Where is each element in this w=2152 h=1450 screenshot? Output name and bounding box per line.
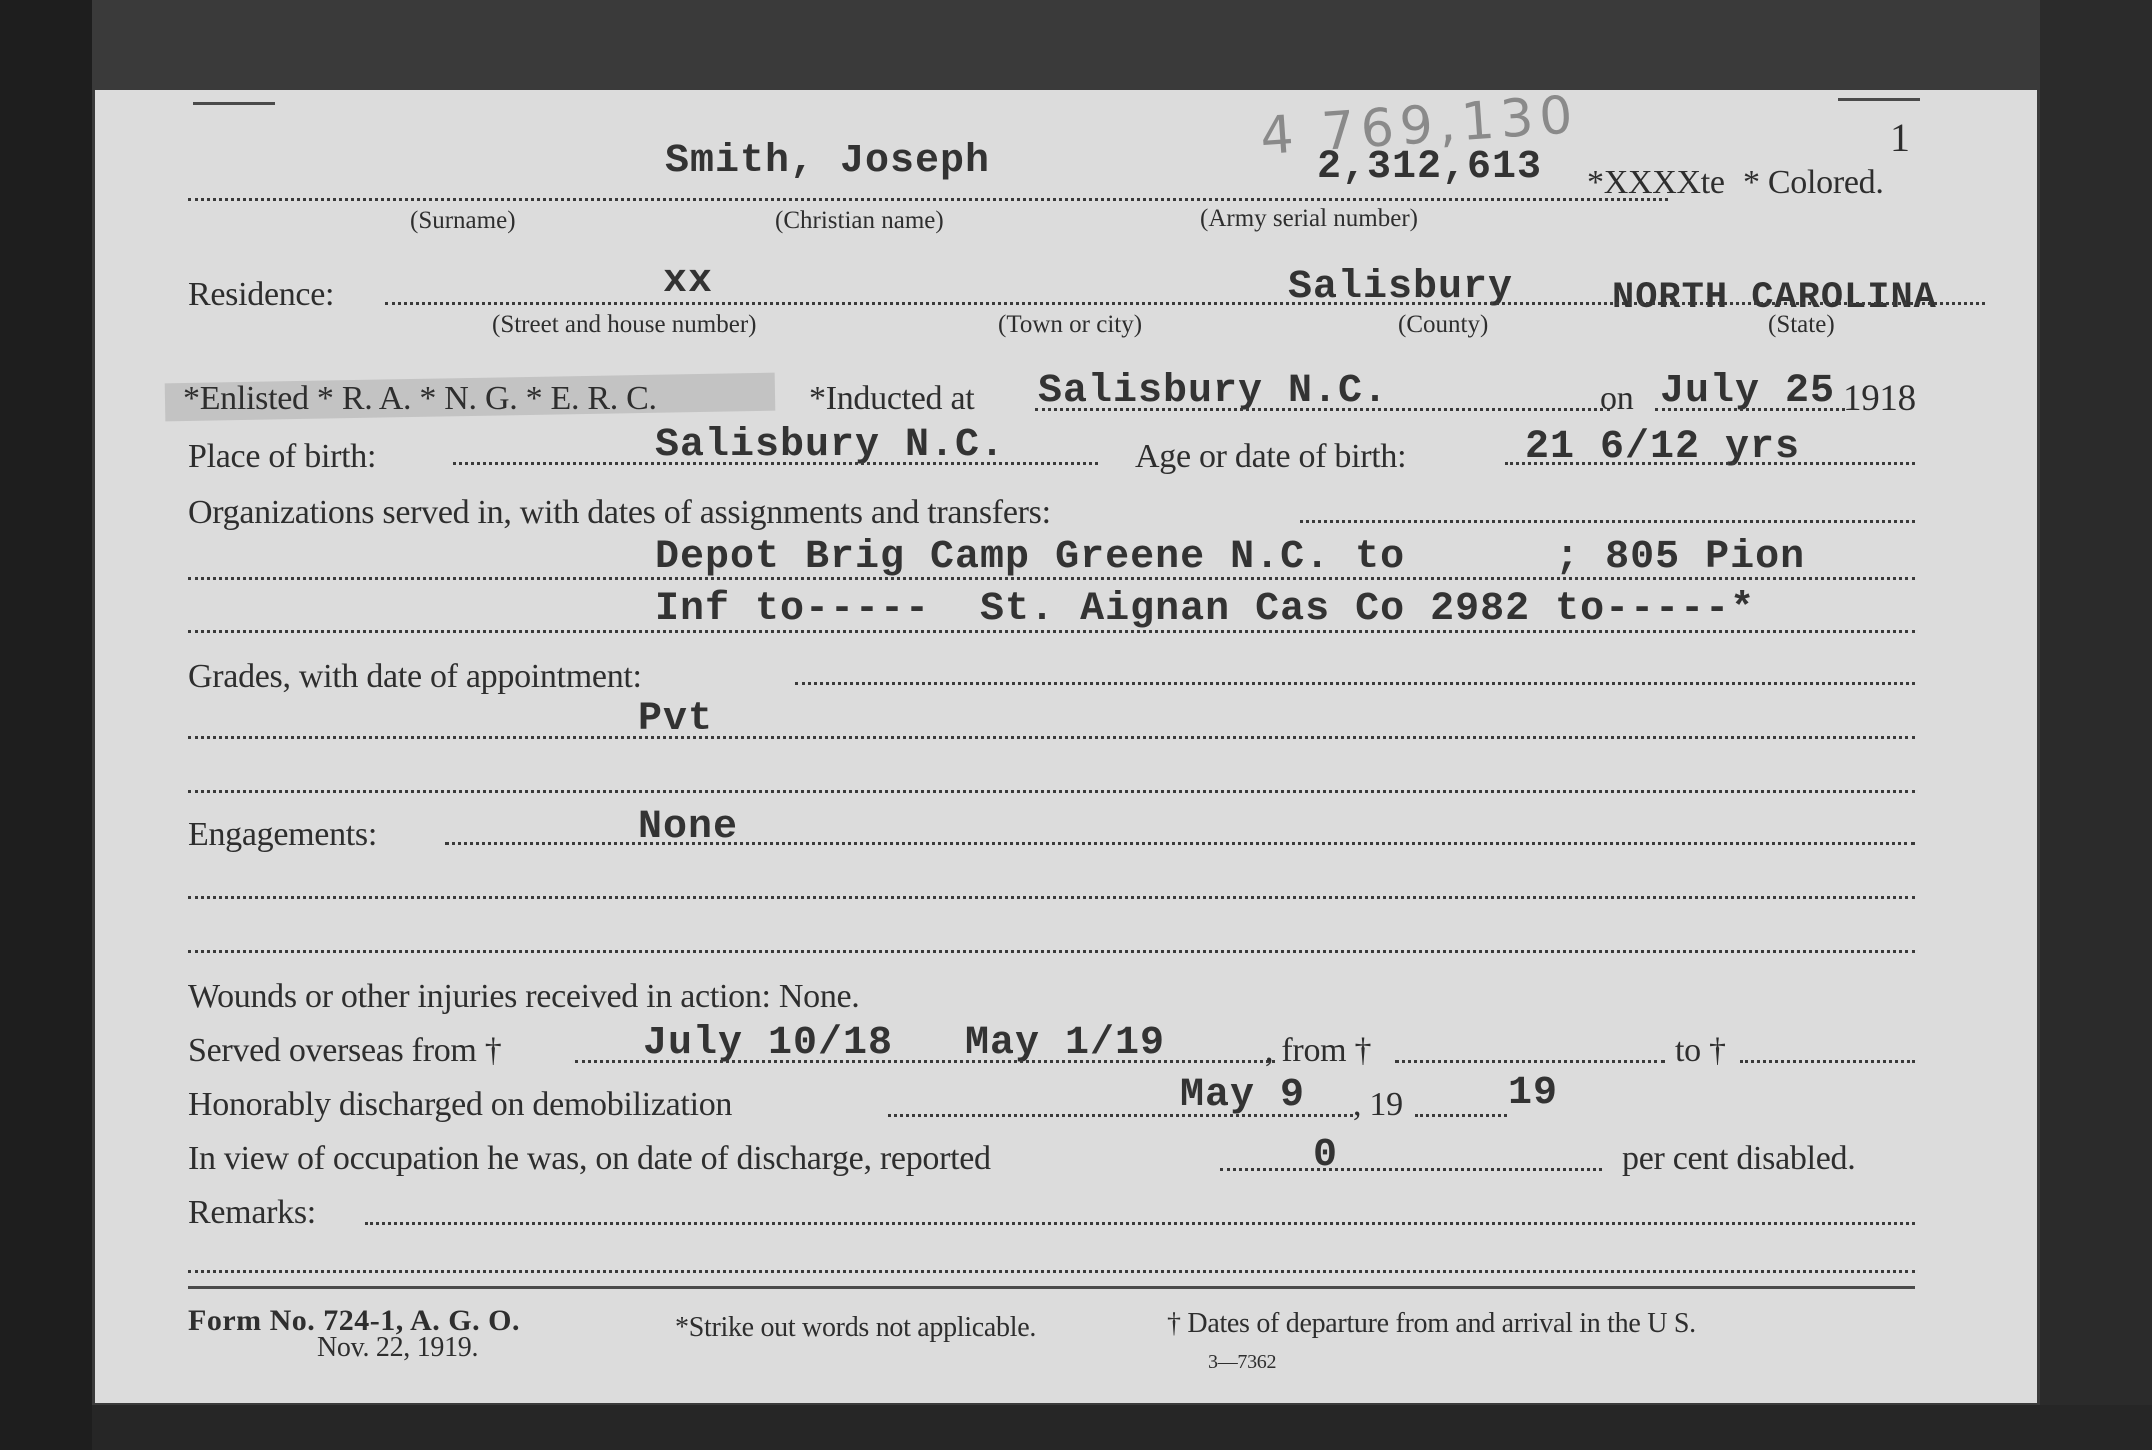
grades-label-line: [795, 682, 1915, 685]
street-caption: (Street and house number): [492, 312, 757, 337]
organization-line-2: [188, 630, 1915, 633]
scanner-background-right: [2040, 0, 2152, 1450]
discharge-year-prefix: , 19: [1353, 1088, 1403, 1122]
induction-date-value: July 25: [1660, 372, 1835, 412]
inducted-at-value: Salisbury N.C.: [1038, 372, 1388, 412]
remarks-line-2: [188, 1270, 1915, 1273]
organization-line-1: [188, 577, 1915, 580]
form-date: Nov. 22, 1919.: [317, 1334, 478, 1362]
card-number: 1: [1890, 118, 1910, 158]
overseas-to2-label: to †: [1675, 1034, 1726, 1068]
name-value: Smith, Joseph: [665, 142, 990, 182]
race-white-struck: *XXXXte: [1587, 166, 1725, 200]
discharge-date-value: May 9: [1180, 1076, 1305, 1116]
enlistment-options-label: *Enlisted * R. A. * N. G. * E. R. C.: [183, 382, 657, 416]
disability-suffix: per cent disabled.: [1622, 1142, 1855, 1176]
served-overseas-label: Served overseas from †: [188, 1034, 501, 1068]
remarks-label: Remarks:: [188, 1196, 316, 1230]
strike-note: *Strike out words not applicable.: [675, 1314, 1036, 1342]
grades-label: Grades, with date of appointment:: [188, 660, 642, 694]
place-of-birth-value: Salisbury N.C.: [655, 426, 1005, 466]
age-label: Age or date of birth:: [1135, 440, 1406, 474]
christian-name-caption: (Christian name): [775, 208, 944, 233]
disability-label: In view of occupation he was, on date of…: [188, 1142, 991, 1176]
engagements-label: Engagements:: [188, 818, 377, 852]
serial-number-value: 2,312,613: [1317, 148, 1542, 188]
induction-date-line: [1655, 408, 1845, 411]
county-caption: (County): [1398, 312, 1488, 337]
wounds-label: Wounds or other injuries received in act…: [188, 980, 860, 1014]
print-code: 3—7362: [1208, 1352, 1276, 1372]
service-record-card: 1 4 769,130 Smith, Joseph 2,312,613 *XXX…: [95, 90, 2037, 1403]
discharge-year-line: [1415, 1114, 1507, 1117]
surname-caption: (Surname): [410, 208, 516, 233]
age-line: [1505, 462, 1915, 465]
grade-value: Pvt: [638, 700, 713, 740]
name-line: [188, 198, 1668, 201]
organization-line-1-value: Depot Brig Camp Greene N.C. to ; 805 Pio…: [655, 538, 1805, 578]
induction-year-suffix: 1918: [1843, 380, 1916, 417]
disability-value: 0: [1313, 1136, 1338, 1176]
overseas-to-value: May 1/19: [965, 1024, 1165, 1064]
dates-note: † Dates of departure from and arrival in…: [1167, 1310, 1696, 1338]
place-of-birth-label: Place of birth:: [188, 440, 376, 474]
scanner-background-left: [0, 0, 92, 1450]
serial-caption: (Army serial number): [1200, 206, 1418, 231]
inducted-line: [1035, 408, 1610, 411]
overseas-from-value: July 10/18: [643, 1024, 893, 1064]
discharge-label: Honorably discharged on demobilization: [188, 1088, 732, 1122]
organizations-label: Organizations served in, with dates of a…: [188, 496, 1051, 530]
grades-line-2: [188, 790, 1915, 793]
top-right-rule: [1838, 98, 1920, 101]
overseas-to2-line: [1740, 1060, 1915, 1063]
residence-line: [385, 302, 1985, 305]
footer-rule: [188, 1286, 1915, 1289]
organizations-label-line: [1300, 520, 1915, 523]
engagements-line: [445, 842, 1915, 845]
discharge-year-value: 19: [1508, 1074, 1558, 1114]
inducted-at-label: *Inducted at: [809, 382, 974, 416]
town-caption: (Town or city): [998, 312, 1142, 337]
overseas-from2-label: , from †: [1265, 1034, 1371, 1068]
remarks-line: [365, 1222, 1915, 1225]
organization-line-2-value: Inf to----- St. Aignan Cas Co 2982 to---…: [655, 590, 1755, 630]
grades-line-1: [188, 736, 1915, 739]
residence-label: Residence:: [188, 278, 334, 312]
race-colored: * Colored.: [1743, 166, 1884, 200]
disability-line: [1220, 1168, 1602, 1171]
residence-street-value: xx: [663, 262, 713, 302]
overseas-from2-line: [1395, 1060, 1665, 1063]
top-left-rule: [193, 102, 275, 105]
engagements-line-3: [188, 950, 1915, 953]
discharge-date-line: [888, 1114, 1353, 1117]
engagements-line-2: [188, 896, 1915, 899]
scanner-background-bottom: [92, 1405, 2152, 1450]
place-of-birth-line: [453, 462, 1098, 465]
state-caption: (State): [1768, 312, 1835, 337]
on-label: on: [1600, 382, 1633, 416]
overseas-line: [575, 1060, 1275, 1063]
